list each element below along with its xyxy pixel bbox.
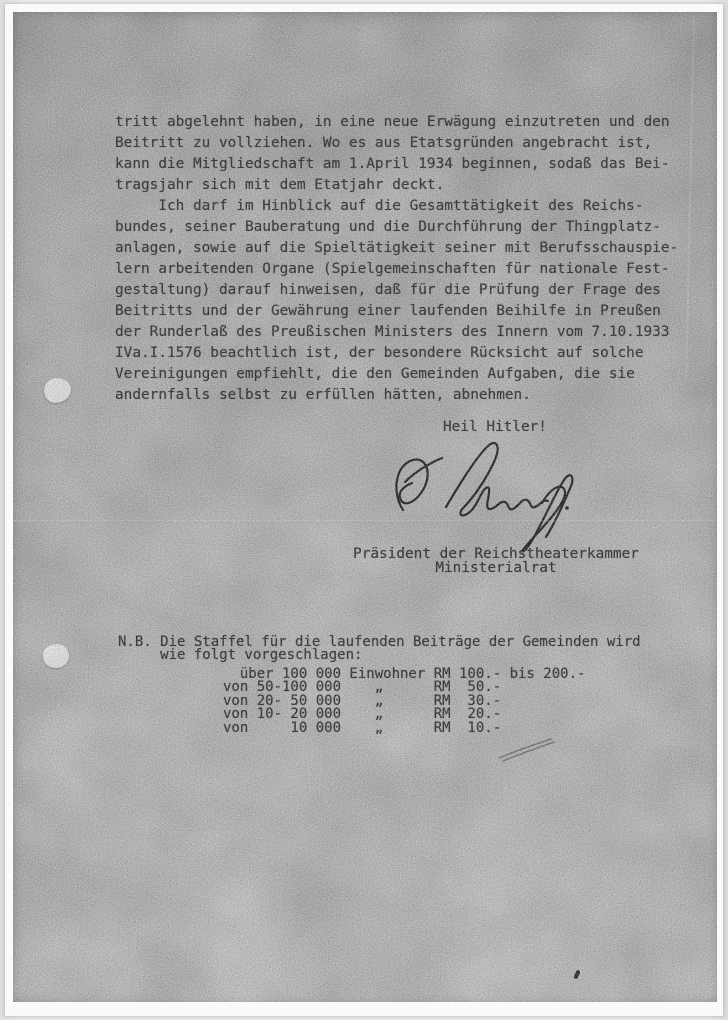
fold-crease-vertical [685, 20, 695, 380]
punch-hole-bottom [43, 644, 69, 668]
letter-body: tritt abgelehnt haben, in eine neue Erwä… [115, 112, 678, 406]
ink-speck [573, 970, 580, 980]
signature-otto-laubinger: Otto Laubinger [382, 437, 582, 555]
document-page: tritt abgelehnt haben, in eine neue Erwä… [13, 12, 717, 1002]
scan-backdrop: tritt abgelehnt haben, in eine neue Erwä… [0, 0, 728, 1020]
scan-mat: tritt abgelehnt haben, in eine neue Erwä… [5, 4, 723, 1016]
signoff-title: Präsident der Reichstheaterkammer Minist… [352, 547, 640, 575]
fold-crease-horizontal [13, 520, 717, 523]
pencil-mark [481, 720, 561, 765]
closing-salute: Heil Hitler! [443, 417, 547, 438]
punch-hole-top [44, 378, 71, 403]
nb-note: N.B. Die Staffel für die laufenden Beitr… [118, 636, 641, 663]
